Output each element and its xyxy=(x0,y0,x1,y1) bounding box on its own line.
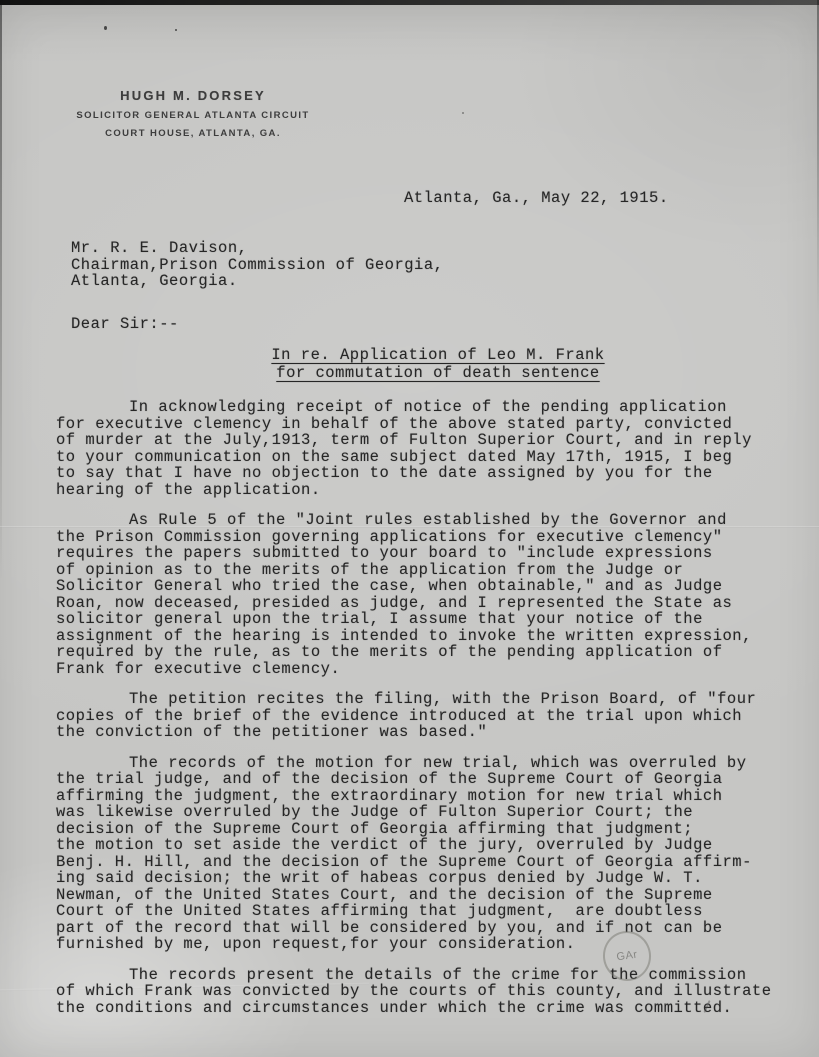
paragraph-4: The records of the motion for new trial,… xyxy=(56,755,816,953)
scan-edge-left xyxy=(0,0,2,581)
paragraph-3: The petition recites the filing, with th… xyxy=(56,691,816,741)
paragraph-1: In acknowledging receipt of notice of th… xyxy=(56,399,816,498)
scan-edge-top xyxy=(0,0,819,5)
scanned-letter-page: HUGH M. DORSEY SOLICITOR GENERAL ATLANTA… xyxy=(0,0,819,1057)
recipient-address-block: Mr. R. E. Davison, Chairman,Prison Commi… xyxy=(71,240,443,290)
letterhead-name: HUGH M. DORSEY xyxy=(33,88,353,103)
salutation: Dear Sir:-- xyxy=(71,316,179,333)
paragraph-5: The records present the details of the c… xyxy=(56,967,816,1017)
paper-speck xyxy=(104,26,107,30)
subject-heading: In re. Application of Leo M. Frank for c… xyxy=(138,347,738,382)
letterhead: HUGH M. DORSEY SOLICITOR GENERAL ATLANTA… xyxy=(33,88,353,139)
letter-body: In acknowledging receipt of notice of th… xyxy=(56,399,816,1030)
paper-speck xyxy=(462,112,464,114)
letterhead-address: COURT HOUSE, ATLANTA, GA. xyxy=(33,128,353,139)
letterhead-title: SOLICITOR GENERAL ATLANTA CIRCUIT xyxy=(33,110,353,121)
subject-line-2: for commutation of death sentence xyxy=(276,365,599,383)
subject-line-1: In re. Application of Leo M. Frank xyxy=(271,347,604,365)
paragraph-2: As Rule 5 of the "Joint rules establishe… xyxy=(56,512,816,677)
dateline: Atlanta, Ga., May 22, 1915. xyxy=(404,190,669,207)
paper-speck xyxy=(175,29,177,31)
